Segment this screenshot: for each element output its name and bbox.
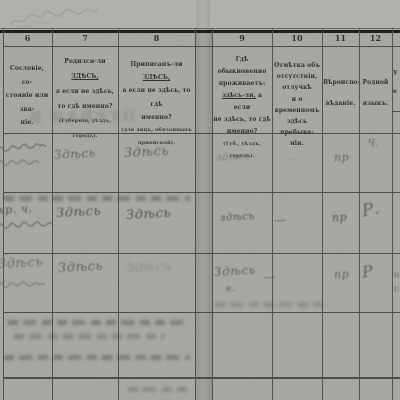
handwriting-estate-r3: Здѣсь [0,255,44,272]
handwriting-language-r1: Ч. [368,139,380,150]
handwriting-religion-r3: пр [334,268,350,282]
grid-vline-8-crease [195,28,196,400]
number-row-separator [3,46,400,47]
handwriting-edge-fragment: и [394,270,400,279]
column-13-header-fragment: е [393,88,400,95]
column-7-header: Родился-ли ЗДѢСЬ, а если не здѣсь, то гд… [53,54,117,144]
handwriting-resides-here-r3: Здѣсь [214,263,257,279]
column-12-header: Родной языкъ. [360,72,391,114]
handwriting-religion-r1: пр [334,151,350,165]
illegible-handwriting [0,142,48,155]
column-10-header: Отмѣтка объ отсутствіи, отлучкѣ и о врем… [273,60,321,150]
column-number-9: 9 [212,33,272,43]
handwriting-note-r3: в. [226,284,236,294]
column-number-8: 8 [118,33,195,43]
illegible-handwriting [0,278,52,290]
bleedthrough-print-line [14,334,164,339]
row-separator-3 [3,312,400,313]
column-8-header: Приписанъ-ли ЗДѢСЬ, а если не здѣсь, то … [119,58,194,150]
handwriting-resides-here-r2: здѣсь [220,211,255,224]
column-9-header: Гдѣ обыкновенно проживаетъ: здѣсь-ли, а … [213,54,271,162]
scanned-census-page: ПЕРВАЯ В 6 7 8 9 10 11 12 Сословіе, со- … [0,0,400,400]
handwriting-registered-here-r1: Здѣсь [124,144,170,161]
column-13-subdivider [392,111,400,112]
column-number-10: 10 [272,33,322,43]
handwriting-edge-fragment: с [394,284,400,293]
row-separator-2 [3,253,400,254]
handwriting-estate-r2: кр. ч. [0,202,33,217]
handwriting-resides-here-r1: здѣсь [216,151,251,164]
handwriting-dash-r1: — [288,152,301,167]
bleedthrough-print-line [128,387,188,392]
handwriting-dash-r3: — [264,270,277,285]
bleedthrough-print-line [4,355,190,360]
handwriting-language-r2: Р. [360,199,381,222]
column-13-header-fragment: У [393,70,400,77]
column-number-12: 12 [359,33,392,43]
column-number-7: 7 [52,33,118,43]
handwriting-dash-r2: — [274,213,287,228]
handwriting-born-here-r3: Здѣсь [58,259,104,276]
handwriting-born-here-r2: Здѣсь [56,204,102,221]
bleedthrough-print-line [8,320,188,325]
grid-vline-12-13 [392,28,393,400]
row-separator-4 [3,377,400,379]
column-6-header: Сословіе, со- стояніе или зва- ніе. [4,62,50,130]
row-separator-1 [3,192,400,193]
bleedthrough-print-line [215,302,325,307]
handwriting-registered-here-r3: Здѣсь [126,259,172,276]
column-number-6: 6 [3,33,52,43]
page-crease-top [196,0,210,28]
page-crease-band [195,28,212,400]
handwriting-religion-r2: пр [332,211,348,225]
handwriting-born-here-r1: Здѣсь [54,146,97,162]
bleedthrough-print-line [4,196,190,201]
column-11-header: Вѣроиспо- вѣданіе. [323,72,358,114]
handwriting-language-r3: Р [361,261,375,281]
illegible-handwriting [0,156,40,168]
illegible-handwriting [0,219,54,232]
handwriting-registered-here-r2: Здѣсь [126,206,172,223]
column-number-11: 11 [322,33,359,43]
